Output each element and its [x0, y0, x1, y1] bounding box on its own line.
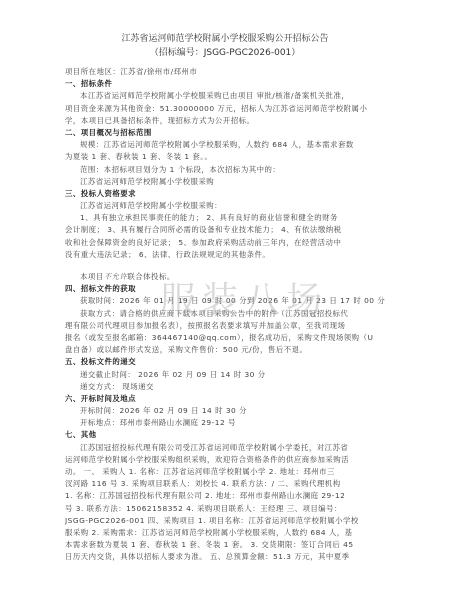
paragraph-line: 服采购 2. 采购需求：江苏省运河师范学校附属小学校服采购，人数约 684 人，… — [65, 527, 385, 539]
paragraph-line: 为夏装 1 套、春秋装 1 套、冬装 1 套。。 — [65, 151, 385, 163]
section-heading-6: 六、开标时间及地点 — [65, 393, 385, 405]
paragraph-line: 收和社会保障资金的良好记录； 5、参加政府采购活动前三年内，在经营活动中 — [65, 237, 385, 249]
region-line: 项目所在地区：江苏省/徐州市/邳州市 — [65, 66, 385, 78]
paragraph-line: 江苏省运河师范学校附属小学校服采购 — [65, 176, 385, 188]
paragraph-line: 会计制度； 3、具有履行合同所必需的设备和专业技术能力； 4、有依法缴纳税 — [65, 224, 385, 236]
paragraph-line: 本江苏省运河师范学校附属小学校服采购已由项目 审批/核准/备案机关批准， — [65, 90, 385, 102]
section-heading-4: 四、招标文件的获取 — [65, 283, 385, 295]
section-heading-2: 二、项目概况与招标范围 — [65, 127, 385, 139]
paragraph-line: JSGG-PGC2026-001 四、采购项目 1. 项目名称：江苏省运河师范学… — [65, 515, 385, 527]
paragraph-line: 规模：江苏省运河师范学校附属小学校服采购，人数约 684 人，基本需求套数 — [65, 139, 385, 151]
paragraph-line: 本需求套数为夏装 1 套、春秋装 1 套、冬装 1 套。 3. 交货期限：签订合… — [65, 539, 385, 551]
paragraph-line: 号 3. 联系方法：15062158352 4. 采购项目联系人：王经理 三、项… — [65, 503, 385, 515]
paragraph-line: 开标时间：2026 年 02 月 09 日 14 时 30 分 — [65, 405, 385, 417]
section-heading-7: 七、其他 — [65, 429, 385, 441]
paragraph-line: 1. 名称：江苏国冠招投标代理有限公司 2. 地址：邳州市泰州路山水澜庭 29-… — [65, 490, 385, 502]
section-heading-3: 三、投标人资格要求 — [65, 188, 385, 200]
announcement-page: 江苏省运河师范学校附属小学校服采购公开招标公告 （招标编号：JSGG-PGC20… — [0, 0, 450, 600]
document-body: 项目所在地区：江苏省/徐州市/邳州市 一、招标条件 本江苏省运河师范学校附属小学… — [65, 66, 385, 564]
joint-bid-emphasis: 不允许 — [104, 272, 128, 281]
paragraph-line: 运河师范学校附属小学校服采购组织采购，欢迎符合资格条件的供应商参加采购活 — [65, 454, 385, 466]
joint-bid-prefix: 本项目 — [80, 272, 104, 281]
section-heading-1: 一、招标条件 — [65, 78, 385, 90]
section-heading-5: 五、投标文件的递交 — [65, 356, 385, 368]
paragraph-line: 获取时间：2026 年 01 月 19 日 09 时 00 分到 2026 年 … — [65, 295, 385, 307]
paragraph-line: 项目资金来源为其他资金：51.30000000 万元，招标人为江苏省运河师范学校… — [65, 103, 385, 115]
tender-number: （招标编号：JSGG-PGC2026-001） — [0, 46, 450, 60]
spacer — [65, 261, 385, 271]
paragraph-line: 盘自备）或以邮件形式发送，采购文件售价：500 元/份，售后不退。 — [65, 344, 385, 356]
paragraph-line: 递交方式： 现场递交 — [65, 381, 385, 393]
paragraph-line: 没有重大违法记录； 6、法律、行政法规规定的其他条件。 — [65, 249, 385, 261]
paragraph-line: 学，本项目已具备招标条件，现招标方式为公开招标。 — [65, 115, 385, 127]
title-block: 江苏省运河师范学校附属小学校服采购公开招标公告 （招标编号：JSGG-PGC20… — [0, 32, 450, 60]
paragraph-line: 报名（或发至报名邮箱：364467140@qq.com），报名成功后，采购文件现… — [65, 332, 385, 344]
paragraph-line: 范围：本招标项目划分为 1 个标段，本次招标为其中的： — [65, 164, 385, 176]
joint-bid-line: 本项目不允许联合体投标。 — [65, 271, 385, 283]
paragraph-line: 汊河路 116 号 3. 采购项目联系人：刘校长 4. 联系方法：/ 二、采购代… — [65, 478, 385, 490]
paragraph-line: 日历天内交货，具体以招标人要求为准。 五、总预算金额：51.3 万元，其中夏季 — [65, 551, 385, 563]
paragraph-line: 获取方式：请合格的供应商下载本项目采购公告中的附件（江苏国冠招投标代 — [65, 308, 385, 320]
paragraph-line: 1、具有独立承担民事责任的能力； 2、具有良好的商业信誉和健全的财务 — [65, 212, 385, 224]
paragraph-line: 江苏国冠招投标代理有限公司受江苏省运河师范学校附属小学委托，对江苏省 — [65, 442, 385, 454]
paragraph-line: 动。 一、 采购人 1. 名称：江苏省运河师范学校附属小学 2. 地址：邳州市三 — [65, 466, 385, 478]
paragraph-line: 理有限公司代理项目参加报名表），按照报名表要求填写并加盖公章，至我司现场 — [65, 320, 385, 332]
document-title: 江苏省运河师范学校附属小学校服采购公开招标公告 — [0, 32, 450, 46]
paragraph-line: 江苏省运河师范学校附属小学校服采购： — [65, 200, 385, 212]
paragraph-line: 开标地点：邳州市泰州路山水澜庭 29-12 号 — [65, 417, 385, 429]
paragraph-line: 递交截止时间： 2026 年 02 月 09 日 14 时 30 分 — [65, 369, 385, 381]
joint-bid-suffix: 联合体投标。 — [127, 272, 174, 281]
